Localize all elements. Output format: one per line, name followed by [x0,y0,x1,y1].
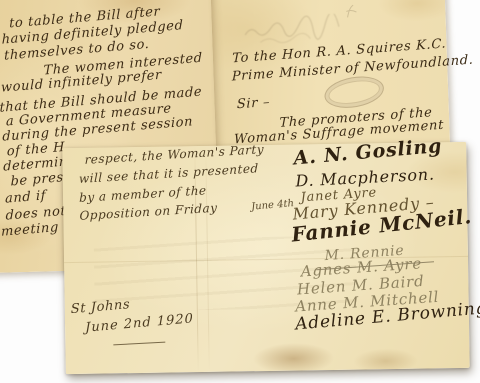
ink-showthrough [242,13,353,45]
flourish-underline [113,342,165,346]
handwriting-line: and if [5,188,46,206]
signature-page: respect, the Woman's Party will see that… [62,142,470,374]
inserted-date-note: June 4th [251,198,295,213]
manuscript-photo: to table the Bill after having definitel… [0,0,480,383]
handwriting-line: Sir – [237,95,270,112]
handwriting-line: be pres [11,170,64,189]
date-line: June 2nd 1920 [85,311,194,335]
handwriting-line: Opposition on Friday [79,201,217,223]
embossed-seal [322,72,386,112]
handwriting-line: meeting [1,220,59,240]
pencil-mark [343,3,360,22]
place-line: St Johns [71,297,131,317]
